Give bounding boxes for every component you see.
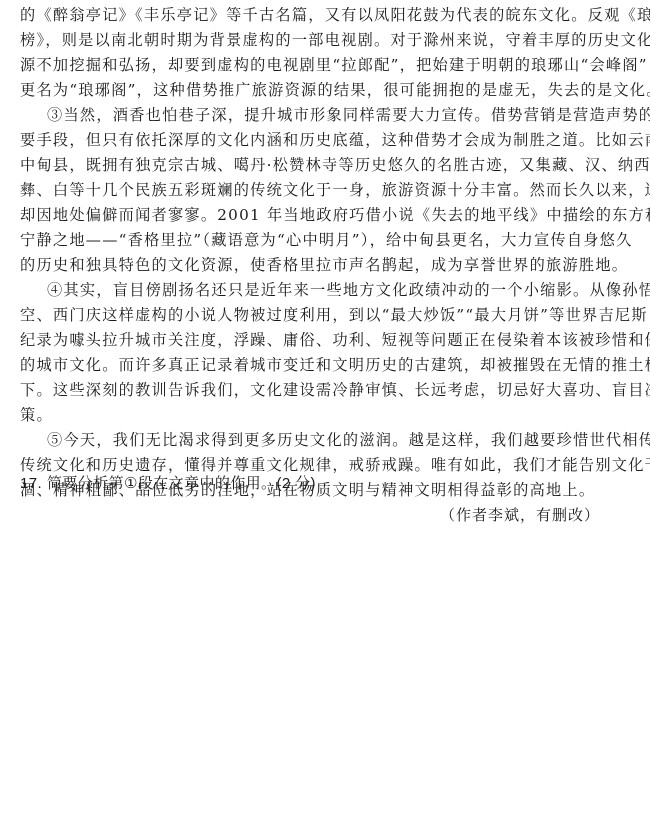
passage-line: 空、西门庆这样虚构的小说人物被过度利用，到以“最大炒饭”“最大月饼”等世界吉尼斯 — [20, 305, 616, 325]
question-text: 简要分析第①段在文章中的作用。(2 分) — [47, 475, 316, 492]
passage-line: 传统文化和历史遗存，懂得并尊重文化规律，戒骄戒躁。唯有如此，我们才能告别文化干 — [20, 455, 616, 475]
question-17-prompt: 17.简要分析第①段在文章中的作用。(2 分) — [20, 474, 616, 494]
attribution: （作者李斌，有删改） — [440, 505, 600, 525]
paragraph-3-start: ③当然，酒香也怕巷子深，提升城市形象同样需要大力宣传。借势营销是营造声势的重 — [47, 105, 643, 125]
paragraph-5-start: ⑤今天，我们无比渴求得到更多历史文化的滋润。越是这样，我们越要珍惜世代相传的 — [47, 430, 643, 450]
paragraph-4-start: ④其实，盲目傍剧扬名还只是近年来一些地方文化政绩冲动的一个小缩影。从像孙悟 — [47, 280, 643, 300]
passage-line: 策。 — [20, 405, 616, 425]
question-number: 17. — [20, 474, 47, 494]
passage-line: 榜》，则是以南北朝时期为背景虚构的一部电视剧。对于滁州来说，守着丰厚的历史文化资 — [20, 30, 616, 50]
passage-line: 更名为“琅琊阁”，这种借势推广旅游资源的结果，很可能拥抱的是虚无，失去的是文化。 — [20, 80, 616, 100]
passage-line: 纪录为噱头拉升城市关注度，浮躁、庸俗、功利、短视等问题正在侵染着本该被珍惜和保护 — [20, 330, 616, 350]
passage-line: 却因地处偏僻而闻者寥寥。2001 年当地政府巧借小说《失去的地平线》中描绘的东方… — [20, 205, 616, 225]
passage-line: 源不加挖掘和弘扬，却要到虚构的电视剧里“拉郎配”，把始建于明朝的琅琊山“会峰阁” — [20, 55, 616, 75]
passage-line: 的《醉翁亭记》《丰乐亭记》等千古名篇，又有以凤阳花鼓为代表的皖东文化。反观《琅琊 — [20, 5, 616, 25]
passage-line: 的城市文化。而许多真正记录着城市变迁和文明历史的古建筑，却被摧毁在无情的推土机 — [20, 355, 616, 375]
exam-page: 的《醉翁亭记》《丰乐亭记》等千古名篇，又有以凤阳花鼓为代表的皖东文化。反观《琅琊… — [0, 0, 650, 834]
passage-line: 的历史和独具特色的文化资源，使香格里拉市声名鹊起，成为享誉世界的旅游胜地。 — [20, 255, 616, 275]
passage-line: 下。这些深刻的教训告诉我们，文化建设需冷静审慎、长远考虑，切忌好大喜功、盲目决 — [20, 380, 616, 400]
passage-line: 宁静之地——“香格里拉”（藏语意为“心中明月”），给中甸县更名，大力宣传自身悠久 — [20, 230, 616, 250]
passage-line: 要手段，但只有依托深厚的文化内涵和历史底蕴，这种借势才会成为制胜之道。比如云南的 — [20, 130, 616, 150]
passage-line: 彝、白等十几个民族五彩斑斓的传统文化于一身，旅游资源十分丰富。然而长久以来，这里 — [20, 180, 616, 200]
passage-line: 中甸县，既拥有独克宗古城、噶丹·松赞林寺等历史悠久的名胜古迹，又集藏、汉、纳西、 — [20, 155, 616, 175]
